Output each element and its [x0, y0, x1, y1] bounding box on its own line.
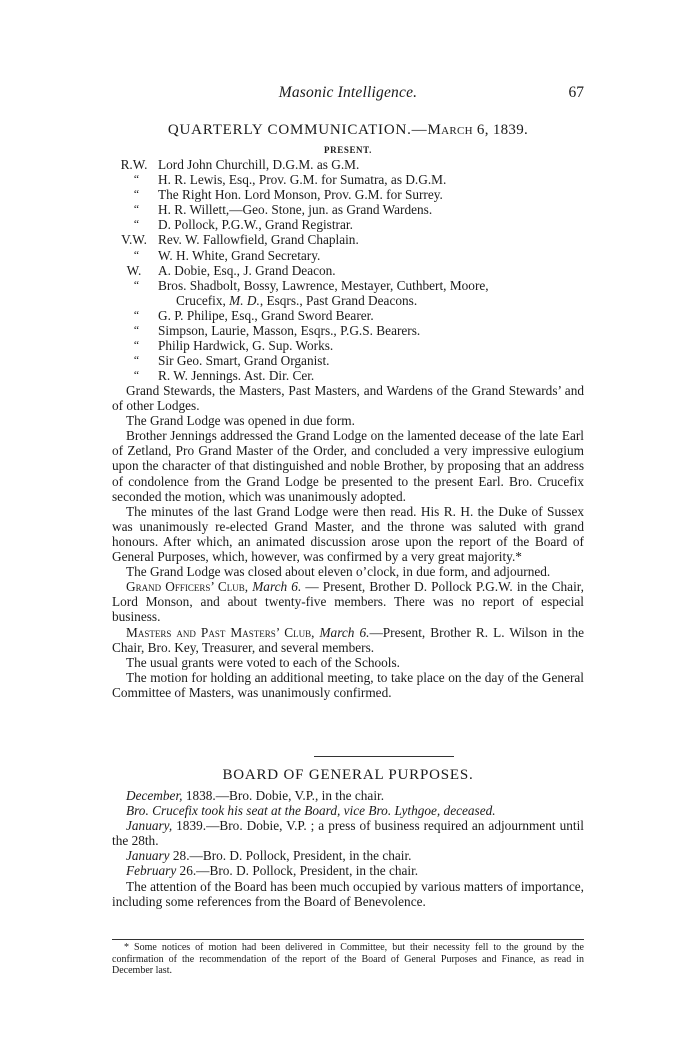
board-heading: BOARD OF GENERAL PURPOSES.	[112, 767, 584, 784]
entry-date: December,	[126, 788, 183, 803]
club-name: Grand Officers’ Club,	[126, 579, 248, 594]
heading-text: QUARTERLY COMMUNICATION.—	[168, 122, 428, 138]
attendee: G. P. Philipe, Esq., Grand Sword Bearer.	[158, 308, 374, 323]
ditto-mark: “	[112, 308, 160, 323]
entry-date: January	[126, 848, 170, 863]
attendance-row: “ Philip Hardwick, G. Sup. Works.	[112, 338, 584, 353]
ditto-mark: “	[112, 217, 160, 232]
attendance-row: “ W. H. White, Grand Secretary.	[112, 248, 584, 263]
page-number: 67	[569, 84, 585, 102]
board-proceedings: December, 1838.—Bro. Dobie, V.P., in the…	[112, 788, 584, 909]
paragraph: The Grand Lodge was closed about eleven …	[112, 564, 584, 579]
attendee: R. W. Jennings. Ast. Dir. Cer.	[158, 368, 314, 383]
attendance-row: V.W. Rev. W. Fallowfield, Grand Chaplain…	[112, 232, 584, 247]
ditto-mark: “	[112, 353, 160, 368]
attendee: W. H. White, Grand Secretary.	[158, 248, 320, 263]
ditto-mark: “	[112, 278, 160, 293]
attendee: Rev. W. Fallowfield, Grand Chaplain.	[158, 232, 359, 247]
paragraph: The usual grants were voted to each of t…	[112, 655, 584, 670]
ditto-mark: “	[112, 323, 160, 338]
board-entry: January 28.—Bro. D. Pollock, President, …	[112, 848, 584, 863]
attendee: H. R. Lewis, Esq., Prov. G.M. for Sumatr…	[158, 172, 446, 187]
attendance-row: “ H. R. Lewis, Esq., Prov. G.M. for Suma…	[112, 172, 584, 187]
attendee: Sir Geo. Smart, Grand Organist.	[158, 353, 329, 368]
board-entry: Bro. Crucefix took his seat at the Board…	[112, 803, 584, 818]
rank: W.	[112, 263, 156, 278]
attendee: A. Dobie, Esq., J. Grand Deacon.	[158, 263, 336, 278]
attendance-row: “ H. R. Willett,—Geo. Stone, jun. as Gra…	[112, 202, 584, 217]
present-label: PRESENT.	[112, 145, 584, 155]
board-entry: The attention of the Board has been much…	[112, 879, 584, 909]
attendee: Bros. Shadbolt, Bossy, Lawrence, Mestaye…	[158, 278, 489, 293]
paragraph: Brother Jennings addressed the Grand Lod…	[112, 428, 584, 503]
ditto-mark: “	[112, 172, 160, 187]
attendance-row: “ G. P. Philipe, Esq., Grand Sword Beare…	[112, 308, 584, 323]
attendance-row: “ Sir Geo. Smart, Grand Organist.	[112, 353, 584, 368]
rank: V.W.	[112, 232, 156, 247]
entry-date: January,	[126, 818, 172, 833]
ditto-mark: “	[112, 338, 160, 353]
heading-date: March 6, 1839.	[427, 122, 528, 138]
running-title: Masonic Intelligence.	[112, 84, 584, 102]
footnote-text: * Some notices of motion had been delive…	[112, 942, 584, 977]
attendee: H. R. Willett,—Geo. Stone, jun. as Grand…	[158, 202, 432, 217]
ditto-mark: “	[112, 248, 160, 263]
entry-text: 28.—Bro. D. Pollock, President, in the c…	[170, 848, 412, 863]
attendee: D. Pollock, P.G.W., Grand Registrar.	[158, 217, 353, 232]
paragraph: The motion for holding an additional mee…	[112, 670, 584, 700]
board-entry: February 26.—Bro. D. Pollock, President,…	[112, 863, 584, 878]
club-date: March 6.	[252, 579, 301, 594]
ditto-mark: “	[112, 202, 160, 217]
continuation-italic: M. D.	[229, 293, 260, 308]
entry-text: 26.—Bro. D. Pollock, President, in the c…	[176, 863, 418, 878]
footnote-divider	[112, 939, 584, 940]
entry-text: 1839.—Bro. Dobie, V.P. ; a press of busi…	[112, 818, 584, 848]
attendance-row: “ Bros. Shadbolt, Bossy, Lawrence, Mesta…	[112, 278, 584, 293]
ditto-mark: “	[112, 368, 160, 383]
attendance-row: W. A. Dobie, Esq., J. Grand Deacon.	[112, 263, 584, 278]
entry-text: 1838.—Bro. Dobie, V.P., in the chair.	[183, 788, 385, 803]
grand-officers-club-paragraph: Grand Officers’ Club, March 6. — Present…	[112, 579, 584, 624]
paragraph: Grand Stewards, the Masters, Past Master…	[112, 383, 584, 413]
board-entry: January, 1839.—Bro. Dobie, V.P. ; a pres…	[112, 818, 584, 848]
attendee: The Right Hon. Lord Monson, Prov. G.M. f…	[158, 187, 443, 202]
attendance-row: “ The Right Hon. Lord Monson, Prov. G.M.…	[112, 187, 584, 202]
entry-date: February	[126, 863, 176, 878]
board-entry: December, 1838.—Bro. Dobie, V.P., in the…	[112, 788, 584, 803]
attendance-row: “ Simpson, Laurie, Masson, Esqrs., P.G.S…	[112, 323, 584, 338]
paragraph: The minutes of the last Grand Lodge were…	[112, 504, 584, 564]
attendance-list: R.W. Lord John Churchill, D.G.M. as G.M.…	[112, 157, 584, 383]
rank: R.W.	[112, 157, 156, 172]
quarterly-proceedings: Grand Stewards, the Masters, Past Master…	[112, 383, 584, 700]
masters-club-paragraph: Masters and Past Masters’ Club, March 6.…	[112, 625, 584, 655]
attendance-row: “ D. Pollock, P.G.W., Grand Registrar.	[112, 217, 584, 232]
ditto-mark: “	[112, 187, 160, 202]
footnote: * Some notices of motion had been delive…	[112, 942, 584, 977]
section-divider	[314, 756, 454, 757]
club-date: March 6.	[319, 625, 369, 640]
continuation-text: Crucefix,	[176, 293, 229, 308]
attendee: Simpson, Laurie, Masson, Esqrs., P.G.S. …	[158, 323, 420, 338]
running-head: Masonic Intelligence. 67	[112, 84, 584, 102]
attendee-continuation: Crucefix, M. D., Esqrs., Past Grand Deac…	[176, 293, 417, 308]
attendance-row-continuation: Crucefix, M. D., Esqrs., Past Grand Deac…	[112, 293, 584, 308]
continuation-text: , Esqrs., Past Grand Deacons.	[260, 293, 417, 308]
attendee: Lord John Churchill, D.G.M. as G.M.	[158, 157, 359, 172]
paragraph: The Grand Lodge was opened in due form.	[112, 413, 584, 428]
club-name: Masters and Past Masters’ Club,	[126, 625, 314, 640]
attendee: Philip Hardwick, G. Sup. Works.	[158, 338, 333, 353]
quarterly-communication-heading: QUARTERLY COMMUNICATION.—March 6, 1839.	[112, 122, 584, 139]
attendance-row: R.W. Lord John Churchill, D.G.M. as G.M.	[112, 157, 584, 172]
attendance-row: “ R. W. Jennings. Ast. Dir. Cer.	[112, 368, 584, 383]
